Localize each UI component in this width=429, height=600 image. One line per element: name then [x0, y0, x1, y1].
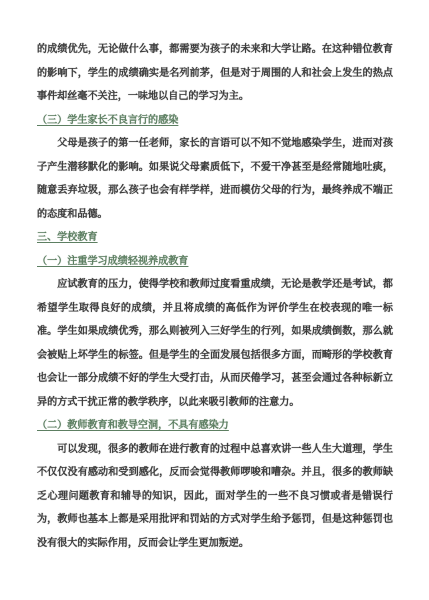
- paragraph-continuation-from-previous-page: 的成绩优先，无论做什么事，都需要为孩子的未来和大学让路。在这种错位教育的影响下，…: [37, 38, 393, 109]
- paragraph-exam-pressure: 应试教育的压力，使得学校和教师过度看重成绩，无论是教学还是考试，都希望学生取得良…: [37, 273, 393, 414]
- heading-parents-bad-conduct: （三）学生家长不良言行的感染: [37, 109, 393, 133]
- document-viewport: 的成绩优先，无论做什么事，都需要为孩子的未来和大学让路。在这种错位教育的影响下，…: [0, 0, 429, 600]
- document-page: 的成绩优先，无论做什么事，都需要为孩子的未来和大学让路。在这种错位教育的影响下，…: [0, 0, 429, 600]
- paragraph-teacher-methods: 可以发现，很多的教师在进行教育的过程中总喜欢讲一些人生大道理，学生不仅仅没有感动…: [37, 438, 393, 556]
- heading-grades-over-character: （一）注重学习成绩轻视养成教育: [37, 250, 393, 274]
- heading-hollow-teaching: （二）教师教育和教导空洞，不具有感染力: [37, 414, 393, 438]
- paragraph-parents-influence: 父母是孩子的第一任老师，家长的言语可以不知不觉地感染学生，进而对孩子产生潜移默化…: [37, 132, 393, 226]
- heading-school-education: 三、学校教育: [37, 226, 393, 250]
